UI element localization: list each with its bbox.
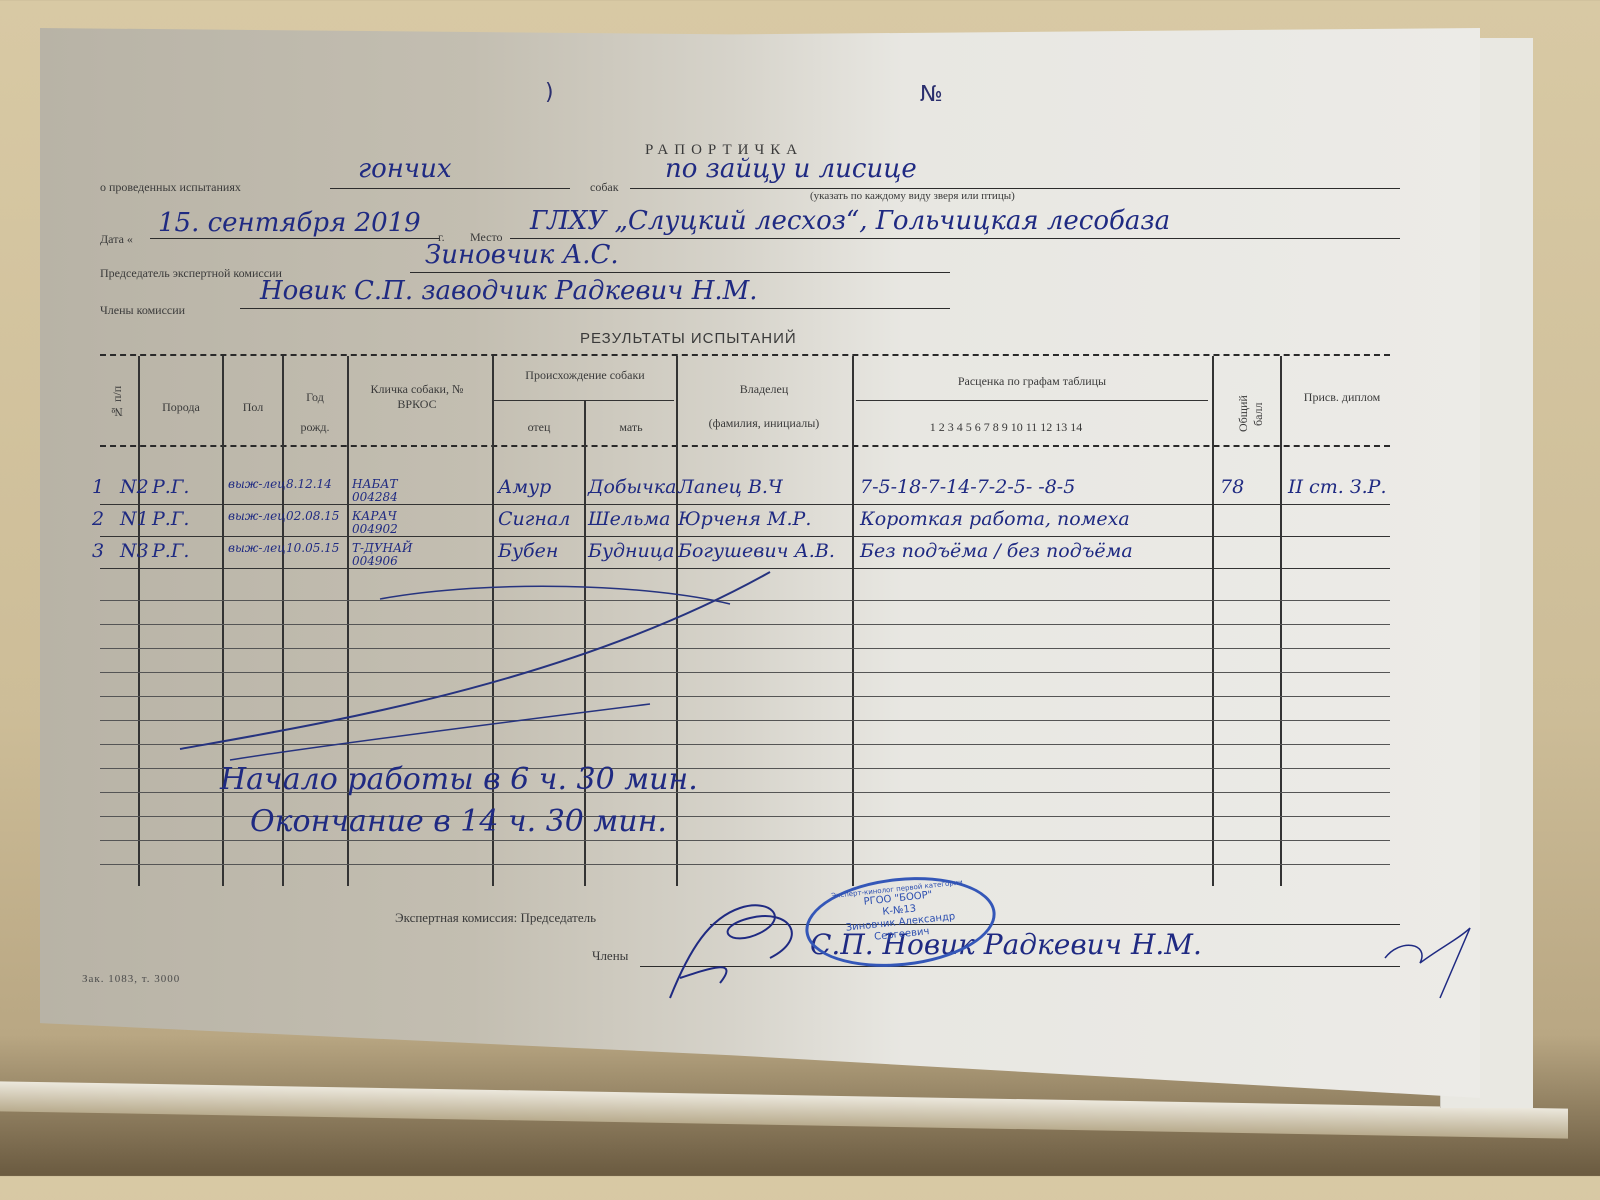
- lower-sheet-edge: [0, 1081, 1568, 1138]
- table-cell-birth: 10.05.15: [286, 542, 339, 554]
- table-cell-name: КАРАЧ: [352, 510, 397, 522]
- table-cell-birth: 8.12.14: [286, 478, 332, 490]
- table-cell-diploma: II ст. З.Р.: [1288, 476, 1387, 498]
- header-father: отец: [496, 420, 582, 435]
- dogs-value: по зайцу и лисице: [665, 154, 917, 184]
- chairman-signature: [650, 888, 820, 1008]
- results-title: РЕЗУЛЬТАТЫ ИСПЫТАНИЙ: [580, 330, 797, 347]
- table-cell-breed: Р.Г.: [152, 540, 189, 562]
- header-mother: мать: [588, 420, 674, 435]
- table-cell-birth: 02.08.15: [286, 510, 339, 522]
- header-dog-name: Кличка собаки, № ВРКОС: [362, 382, 472, 412]
- table-cell-sex: выж-лец: [228, 478, 286, 490]
- header-scores: Расценка по графам таблицы: [856, 374, 1208, 389]
- table-cell-vrkos: 004284: [352, 491, 398, 503]
- end-time-note: Окончание в 14 ч. 30 мин.: [250, 804, 667, 839]
- members-label: Члены комиссии: [100, 303, 185, 318]
- place-value: ГЛХУ „Слуцкий лесхоз“, Гольчицкая лесоба…: [530, 206, 1170, 236]
- table-cell-father: Бубен: [498, 540, 558, 562]
- chairman-label: Председатель экспертной комиссии: [100, 266, 282, 281]
- trial-label: о проведенных испытаниях: [100, 180, 241, 195]
- table-cell-scores: Короткая работа, помеха: [860, 508, 1130, 530]
- trial-value: гончих: [358, 154, 452, 184]
- table-cell-father: Амур: [498, 476, 551, 498]
- table-cell-num: 1: [92, 476, 104, 498]
- table-cell-owner: Богушевич А.В.: [678, 540, 835, 562]
- table-cell-mother: Шельма: [588, 508, 670, 530]
- strike-through-scribble: [170, 564, 810, 764]
- date-label: Дата «: [100, 232, 133, 247]
- header-owner: Владелец: [678, 382, 850, 397]
- members-value: Новик С.П. заводчик Радкевич Н.М.: [260, 276, 758, 306]
- member-signature-flourish: [1380, 918, 1480, 1008]
- commission-label: Экспертная комиссия: Председатель: [395, 910, 596, 926]
- print-run-footer: Зак. 1083, т. 3000: [82, 973, 180, 985]
- header-owner-sub: (фамилия, инициалы): [678, 416, 850, 431]
- header-sex: Пол: [224, 400, 282, 415]
- hole-mark-right: №: [920, 82, 943, 107]
- hint-text: (указать по каждому виду зверя или птицы…: [810, 190, 1015, 202]
- table-cell-pack_no: N3: [120, 540, 149, 562]
- members-sign-label: Члены: [592, 948, 628, 964]
- table-cell-vrkos: 004902: [352, 523, 398, 535]
- header-num: № п/п: [110, 372, 130, 432]
- table-cell-breed: Р.Г.: [152, 476, 189, 498]
- header-breed: Порода: [140, 400, 222, 415]
- table-cell-pack_no: N1: [120, 508, 149, 530]
- table-cell-scores: Без подъёма / без подъёма: [860, 540, 1133, 562]
- hole-mark-left: ): [545, 80, 554, 105]
- table-cell-breed: Р.Г.: [152, 508, 189, 530]
- date-value: 15. сентября 2019: [158, 208, 421, 238]
- dogs-label: собак: [590, 180, 619, 195]
- results-table: № п/п Порода Пол Год рожд. Кличка собаки…: [100, 354, 1390, 914]
- header-score-columns: 1 2 3 4 5 6 7 8 9 10 11 12 13 14: [856, 420, 1156, 435]
- table-cell-owner: Юрченя М.Р.: [678, 508, 811, 530]
- table-cell-total: 78: [1220, 476, 1244, 498]
- table-cell-sex: выж-лец: [228, 542, 286, 554]
- header-total: Общий балл: [1236, 384, 1258, 444]
- table-cell-name: Т-ДУНАЙ: [352, 542, 413, 554]
- table-cell-pack_no: N2: [120, 476, 149, 498]
- header-origin: Происхождение собаки: [496, 368, 674, 383]
- table-cell-mother: Будница: [588, 540, 674, 562]
- header-diploma: Присв. диплом: [1294, 384, 1390, 410]
- start-time-note: Начало работы в 6 ч. 30 мин.: [220, 762, 698, 797]
- table-cell-name: НАБАТ: [352, 478, 397, 490]
- header-birth-year: Год рожд.: [300, 382, 330, 442]
- table-cell-father: Сигнал: [498, 508, 570, 530]
- chairman-value: Зиновчик А.С.: [425, 240, 619, 270]
- table-cell-num: 3: [92, 540, 104, 562]
- table-cell-sex: выж-лец: [228, 510, 286, 522]
- table-cell-mother: Добычка: [588, 476, 676, 498]
- form-sheet: ) № РАПОРТИЧКА о проведенных испытаниях …: [40, 28, 1480, 1098]
- table-cell-owner: Лапец В.Ч: [678, 476, 783, 498]
- table-cell-scores: 7-5-18-7-14-7-2-5- -8-5: [860, 476, 1075, 498]
- table-cell-num: 2: [92, 508, 104, 530]
